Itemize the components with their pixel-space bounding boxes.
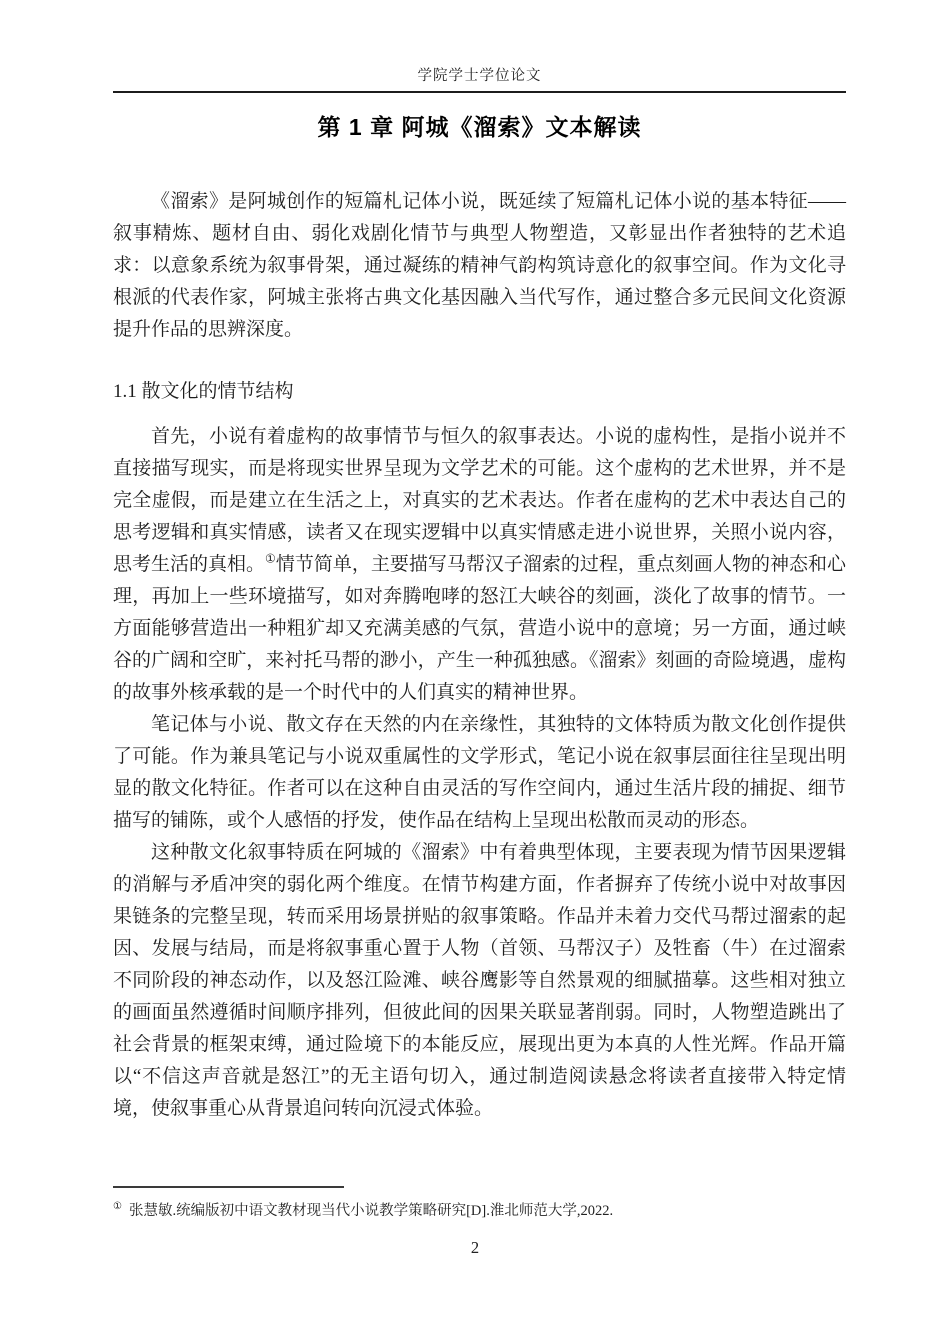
chapter-title: 第 1 章 阿城《溜索》文本解读 [113, 109, 846, 142]
section-heading-1-1: 1.1 散文化的情节结构 [113, 376, 846, 408]
footnote-entry: ①张慧敏.统编版初中语文教材现当代小说教学策略研究[D].淮北师范大学,2022… [113, 1200, 846, 1222]
footnote-marker: ① [113, 1201, 122, 1212]
footnote-separator-rule [113, 1186, 344, 1188]
paragraph-biji-style: 笔记体与小说、散文存在天然的内在亲缘性，其独特的文体特质为散文化创作提供了可能。… [113, 709, 846, 837]
footnote-text: 张慧敏.统编版初中语文教材现当代小说教学策略研究[D].淮北师范大学,2022. [129, 1203, 613, 1219]
footnote-reference-mark[interactable]: ① [265, 552, 276, 566]
running-head: 学院学士学位论文 [113, 0, 846, 85]
paragraph-fiction: 首先，小说有着虚构的故事情节与恒久的叙事表达。小说的虚构性，是指小说并不直接描写… [113, 421, 846, 709]
paragraph-fiction-text-after-footnote: 情节简单，主要描写马帮汉子溜索的过程，重点刻画人物的神态和心理，再加上一些环境描… [113, 554, 846, 703]
thesis-page: 学院学士学位论文 第 1 章 阿城《溜索》文本解读 《溜索》是阿城创作的短篇札记… [0, 0, 950, 1344]
paragraph-fiction-text-before-footnote: 首先，小说有着虚构的故事情节与恒久的叙事表达。小说的虚构性，是指小说并不直接描写… [113, 426, 846, 575]
footnote-area: ①张慧敏.统编版初中语文教材现当代小说教学策略研究[D].淮北师范大学,2022… [113, 1186, 846, 1222]
text-column: 学院学士学位论文 第 1 章 阿城《溜索》文本解读 《溜索》是阿城创作的短篇札记… [113, 0, 846, 1125]
header-rule [113, 91, 846, 93]
paragraph-intro: 《溜索》是阿城创作的短篇札记体小说，既延续了短篇札记体小说的基本特征——叙事精炼… [113, 186, 846, 346]
page-number: 2 [0, 1238, 950, 1258]
paragraph-prose-narrative: 这种散文化叙事特质在阿城的《溜索》中有着典型体现，主要表现为情节因果逻辑的消解与… [113, 837, 846, 1125]
